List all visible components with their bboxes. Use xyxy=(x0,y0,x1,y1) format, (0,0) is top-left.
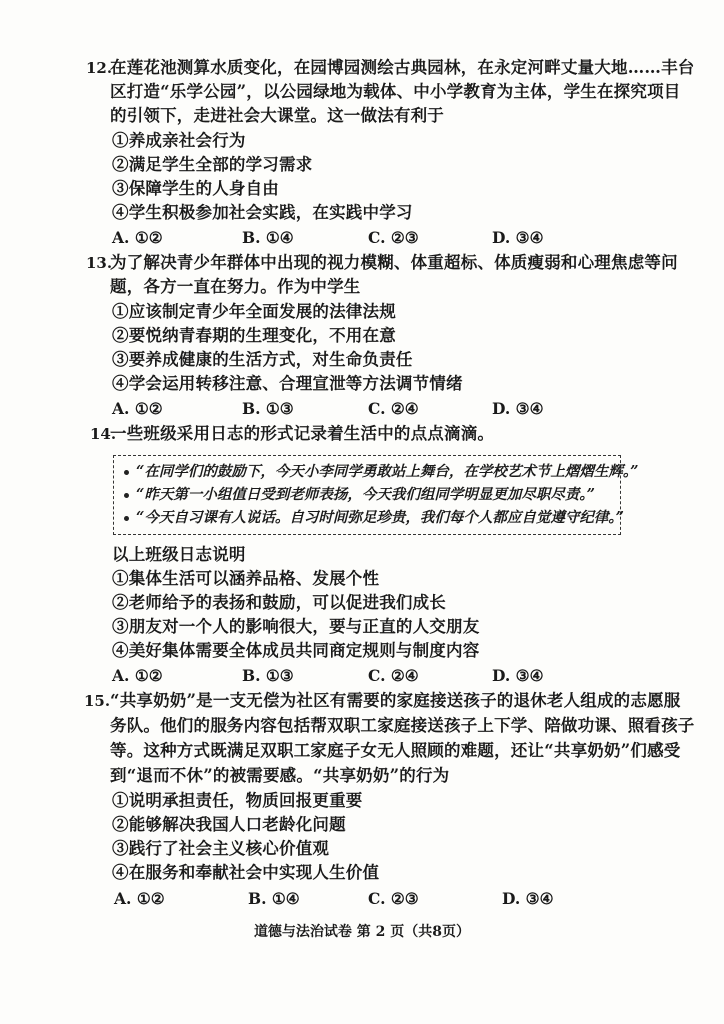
choice-c[interactable]: C. ②③ xyxy=(368,226,419,250)
statement: ①说明承担责任，物质回报更重要 xyxy=(112,789,363,813)
exam-page: 12. 在莲花池测算水质变化，在园博园测绘古典园林，在永定河畔丈量大地……丰台 … xyxy=(0,0,724,1024)
statement: ④美好集体需要全体成员共同商定规则与制度内容 xyxy=(112,639,479,663)
question-stem-line: 务队。他们的服务内容包括帮双职工家庭接送孩子上下学、陪做功课、照看孩子 xyxy=(110,714,695,738)
choice-b[interactable]: B. ①④ xyxy=(248,887,300,911)
choice-c[interactable]: C. ②④ xyxy=(368,664,419,688)
statement: ①应该制定青少年全面发展的法律法规 xyxy=(112,300,396,324)
choice-a[interactable]: A. ①② xyxy=(112,664,163,688)
question-lead: 以上班级日志说明 xyxy=(112,543,246,567)
question-stem-line: “共享奶奶”是一支无偿为社区有需要的家庭接送孩子的退休老人组成的志愿服 xyxy=(110,689,680,713)
statement: ④学会运用转移注意、合理宣泄等方法调节情绪 xyxy=(112,372,463,396)
class-log-box: “在同学们的鼓励下，今天小李同学勇敢站上舞台，在学校艺术节上熠熠生辉。” “昨天… xyxy=(113,455,621,535)
statement: ①养成亲社会行为 xyxy=(112,129,246,153)
question-number: 15. xyxy=(84,689,110,713)
bullet-icon xyxy=(124,470,129,475)
choice-a[interactable]: A. ①② xyxy=(112,397,163,421)
statement: ④在服务和奉献社会中实现人生价值 xyxy=(112,861,379,885)
question-stem-line: 在莲花池测算水质变化，在园博园测绘古典园林，在永定河畔丈量大地……丰台 xyxy=(110,56,695,80)
log-entry: “在同学们的鼓励下，今天小李同学勇敢站上舞台，在学校艺术节上熠熠生辉。” xyxy=(124,462,638,482)
question-number: 12. xyxy=(86,56,112,80)
choice-b[interactable]: B. ①③ xyxy=(242,397,294,421)
statement: ①集体生活可以涵养品格、发展个性 xyxy=(112,567,379,591)
bullet-icon xyxy=(124,493,129,498)
choice-d[interactable]: D. ③④ xyxy=(492,226,543,250)
choices-row: A. ①② B. ①④ C. ②③ D. ③④ xyxy=(112,226,632,250)
question-stem-line: 到“退而不休”的被需要感。“共享奶奶”的行为 xyxy=(110,764,449,788)
statement: ③践行了社会主义核心价值观 xyxy=(112,837,329,861)
choice-d[interactable]: D. ③④ xyxy=(502,887,553,911)
choice-b[interactable]: B. ①④ xyxy=(242,226,294,250)
choice-a[interactable]: A. ①② xyxy=(112,226,163,250)
question-stem-line: 一些班级采用日志的形式记录着生活中的点点滴滴。 xyxy=(110,422,494,446)
log-entry: “昨天第一小组值日受到老师表扬，今天我们组同学明显更加尽职尽责。” xyxy=(124,485,595,505)
bullet-icon xyxy=(124,516,129,521)
choice-d[interactable]: D. ③④ xyxy=(492,397,543,421)
log-entry: “今天自习课有人说话。自习时间弥足珍贵，我们每个人都应自觉遵守纪律。” xyxy=(124,508,624,528)
statement: ③保障学生的人身自由 xyxy=(112,177,279,201)
question-stem-line: 为了解决青少年群体中出现的视力模糊、体重超标、体质瘦弱和心理焦虑等问 xyxy=(110,251,678,275)
statement: ②老师给予的表扬和鼓励，可以促进我们成长 xyxy=(112,591,446,615)
question-stem-line: 等。这种方式既满足双职工家庭子女无人照顾的难题，还让“共享奶奶”们感受 xyxy=(110,739,680,763)
choices-row: A. ①② B. ①④ C. ②③ D. ③④ xyxy=(112,887,632,911)
statement: ②满足学生全部的学习需求 xyxy=(112,153,312,177)
statement: ③朋友对一个人的影响很大，要与正直的人交朋友 xyxy=(112,615,479,639)
choice-d[interactable]: D. ③④ xyxy=(492,664,543,688)
choice-c[interactable]: C. ②③ xyxy=(368,887,419,911)
choices-row: A. ①② B. ①③ C. ②④ D. ③④ xyxy=(112,397,632,421)
statement: ④学生积极参加社会实践，在实践中学习 xyxy=(112,201,413,225)
statement: ③要养成健康的生活方式，对生命负责任 xyxy=(112,348,413,372)
question-stem-line: 的引领下，走进社会大课堂。这一做法有利于 xyxy=(110,104,444,128)
question-stem-line: 区打造“乐学公园”，以公园绿地为载体、中小学教育为主体，学生在探究项目 xyxy=(110,80,680,104)
question-number: 13. xyxy=(86,251,112,275)
choices-row: A. ①② B. ①③ C. ②④ D. ③④ xyxy=(112,664,632,688)
statement: ②要悦纳青春期的生理变化，不用在意 xyxy=(112,324,396,348)
choice-a[interactable]: A. ①② xyxy=(114,887,165,911)
statement: ②能够解决我国人口老龄化问题 xyxy=(112,813,346,837)
choice-c[interactable]: C. ②④ xyxy=(368,397,419,421)
page-footer: 道德与法治试卷 第 2 页（共8页） xyxy=(0,922,724,942)
choice-b[interactable]: B. ①③ xyxy=(242,664,294,688)
question-stem-line: 题，各方一直在努力。作为中学生 xyxy=(110,275,361,299)
